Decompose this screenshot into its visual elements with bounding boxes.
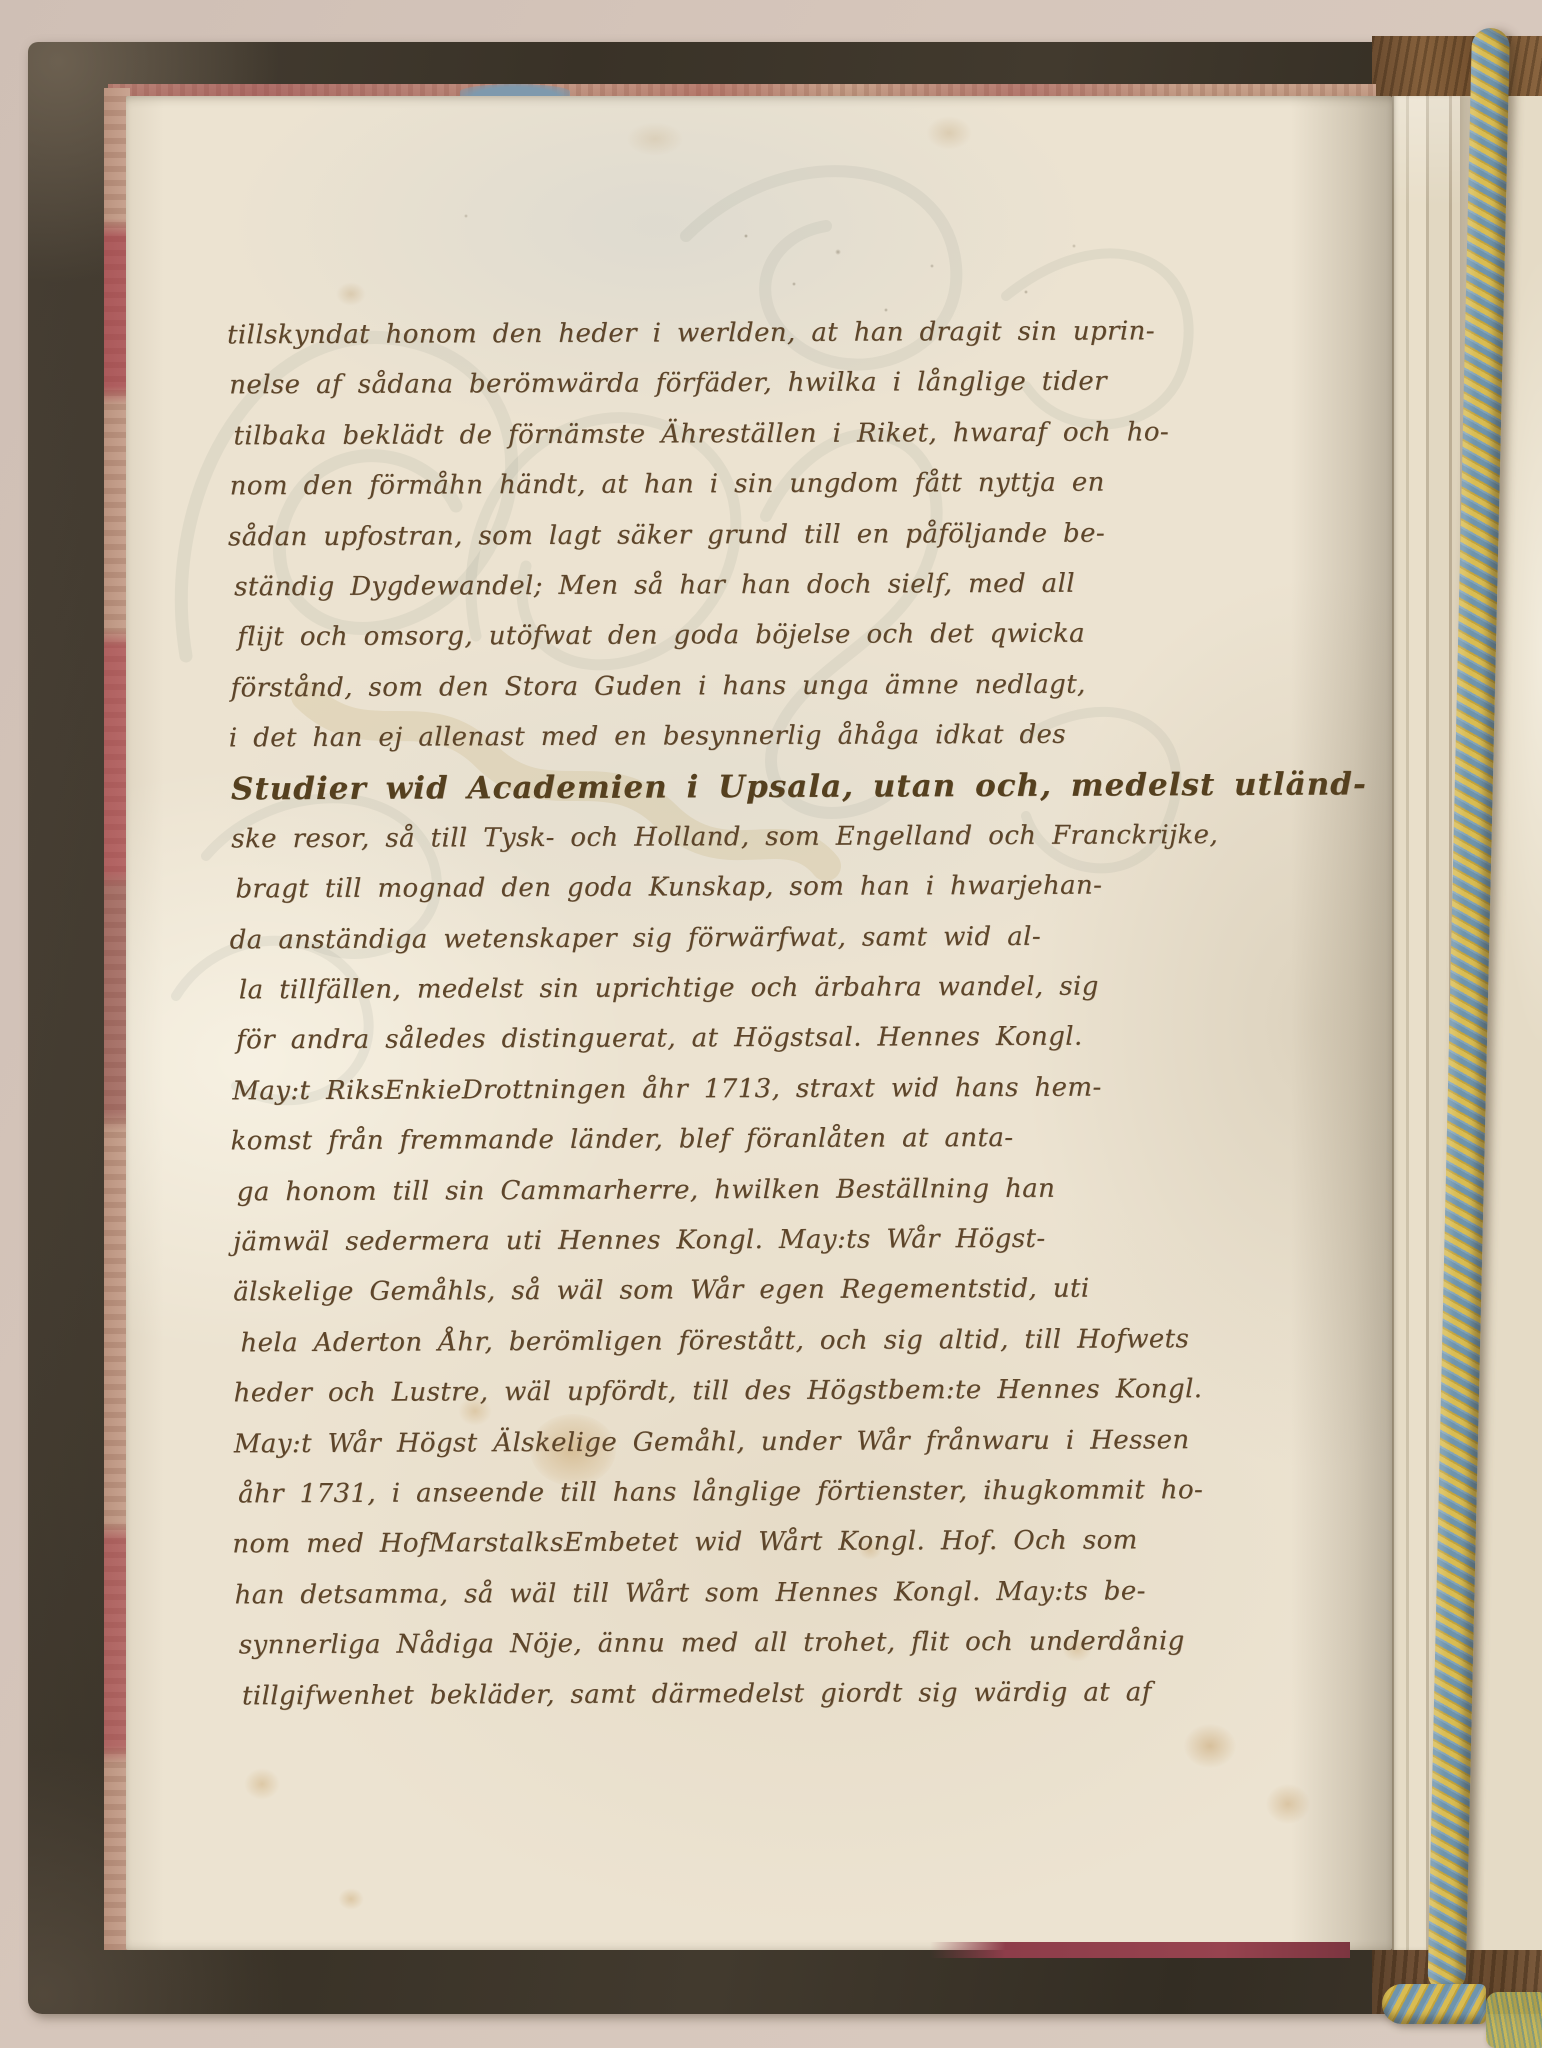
manuscript-line: tilbaka beklädt de förnämste Ähreställen… bbox=[233, 406, 1313, 461]
manuscript-line: bragt till mognad den goda Kunskap, som … bbox=[235, 860, 1315, 915]
manuscript-line: May:t RiksEnkieDrottningen åhr 1713, str… bbox=[232, 1062, 1312, 1117]
manuscript-line: förstånd, som den Stora Guden i hans ung… bbox=[230, 658, 1310, 713]
scanned-manuscript-book: tillskyndat honom den heder i werlden, a… bbox=[0, 0, 1542, 2048]
manuscript-line: ske resor, så till Tysk- och Holland, so… bbox=[231, 810, 1311, 865]
manuscript-line: åhr 1731, i anseende till hans långlige … bbox=[238, 1465, 1318, 1520]
manuscript-line: Studier wid Academien i Upsala, utan och… bbox=[231, 759, 1311, 814]
paper-stain bbox=[1184, 1724, 1236, 1768]
manuscript-page: tillskyndat honom den heder i werlden, a… bbox=[126, 96, 1392, 1950]
manuscript-line: tillskyndat honom den heder i werlden, a… bbox=[227, 306, 1307, 361]
paper-stain bbox=[626, 122, 684, 156]
bookmark-cord-frayed-end bbox=[1486, 1992, 1542, 2048]
manuscript-line: sådan upfostran, som lagt säker grund ti… bbox=[228, 507, 1308, 562]
manuscript-line: la tillfällen, medelst sin uprichtige oc… bbox=[239, 961, 1319, 1016]
manuscript-line: i det han ej allenast med en besynnerlig… bbox=[229, 709, 1309, 764]
manuscript-text-block: tillskyndat honom den heder i werlden, a… bbox=[229, 306, 1315, 1722]
paper-stain bbox=[926, 116, 972, 150]
manuscript-line: komst från fremmande länder, blef föranl… bbox=[230, 1112, 1310, 1167]
manuscript-line: nom den förmåhn händt, at han i sin ungd… bbox=[230, 457, 1310, 512]
manuscript-line: ständig Dygdewandel; Men så har han doch… bbox=[234, 558, 1314, 613]
paper-stain bbox=[338, 1888, 364, 1910]
manuscript-line: nom med HofMarstalksEmbetet wid Wårt Kon… bbox=[232, 1515, 1312, 1570]
paper-stain bbox=[336, 282, 366, 306]
manuscript-line: tillgifwenhet bekläder, samt därmedelst … bbox=[242, 1666, 1322, 1721]
manuscript-line: älskelige Gemåhls, så wäl som Wår egen R… bbox=[233, 1263, 1313, 1318]
manuscript-line: hela Aderton Åhr, berömligen förestått, … bbox=[240, 1313, 1320, 1368]
manuscript-line: flijt och omsorg, utöfwat den goda böjel… bbox=[237, 608, 1317, 663]
manuscript-line: synnerliga Nådiga Nöje, ännu med all tro… bbox=[239, 1616, 1319, 1671]
manuscript-line: ga honom till sin Cammarherre, hwilken B… bbox=[237, 1162, 1317, 1217]
paper-stain bbox=[244, 1768, 280, 1800]
manuscript-line: jämwäl sedermera uti Hennes Kongl. May:t… bbox=[233, 1213, 1313, 1268]
manuscript-line: heder och Lustre, wäl upfördt, till des … bbox=[234, 1364, 1314, 1419]
manuscript-line: da anständiga wetenskaper sig förwärfwat… bbox=[230, 910, 1310, 965]
manuscript-line: nelse af sådana berömwärda förfäder, hwi… bbox=[229, 356, 1309, 411]
manuscript-line: han detsamma, så wäl till Wårt som Henne… bbox=[234, 1565, 1314, 1620]
marbled-endpaper-bottom-edge bbox=[930, 1942, 1350, 1958]
bookmark-cord-bend bbox=[1382, 1984, 1486, 2024]
manuscript-line: för andra således distinguerat, at Högst… bbox=[236, 1011, 1316, 1066]
paper-stain bbox=[1266, 1784, 1310, 1824]
board-edge-top-right bbox=[1372, 36, 1542, 100]
manuscript-line: May:t Wår Högst Älskelige Gemåhl, under … bbox=[234, 1414, 1314, 1469]
